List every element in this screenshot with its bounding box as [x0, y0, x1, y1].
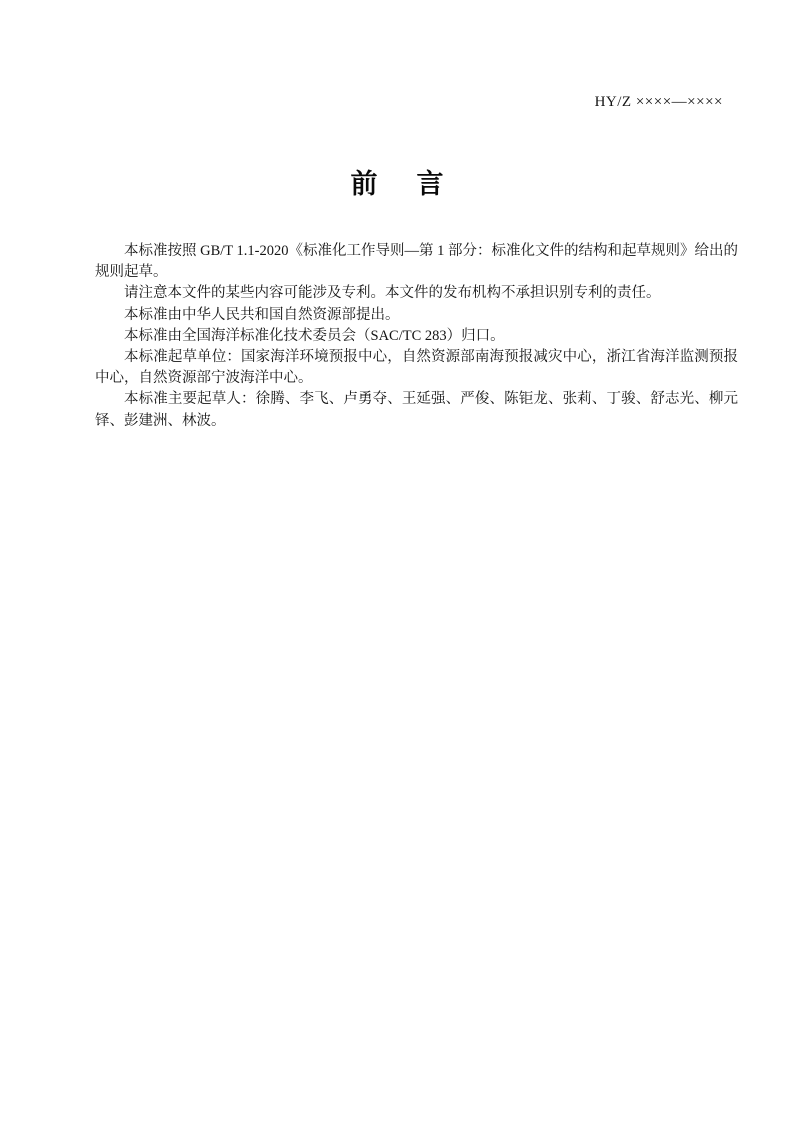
paragraph-proposed-by: 本标准由中华人民共和国自然资源部提出。	[95, 305, 738, 326]
paragraph-drafting-rules: 本标准按照 GB/T 1.1-2020《标准化工作导则—第 1 部分：标准化文件…	[95, 241, 738, 283]
paragraph-drafting-organizations: 本标准起草单位：国家海洋环境预报中心，自然资源部南海预报减灾中心，浙江省海洋监测…	[95, 347, 738, 389]
paragraph-main-drafters: 本标准主要起草人：徐腾、李飞、卢勇夺、王延强、严俊、陈钜龙、张莉、丁骏、舒志光、…	[95, 389, 738, 431]
foreword-title: 前 言	[0, 162, 800, 201]
document-page: HY/Z ××××—×××× 前 言 本标准按照 GB/T 1.1-2020《标…	[0, 0, 800, 1132]
document-code: HY/Z ××××—××××	[595, 94, 723, 111]
foreword-body: 本标准按照 GB/T 1.1-2020《标准化工作导则—第 1 部分：标准化文件…	[95, 241, 738, 432]
paragraph-committee: 本标准由全国海洋标准化技术委员会（SAC/TC 283）归口。	[95, 326, 738, 347]
paragraph-patent-notice: 请注意本文件的某些内容可能涉及专利。本文件的发布机构不承担识别专利的责任。	[95, 283, 738, 304]
